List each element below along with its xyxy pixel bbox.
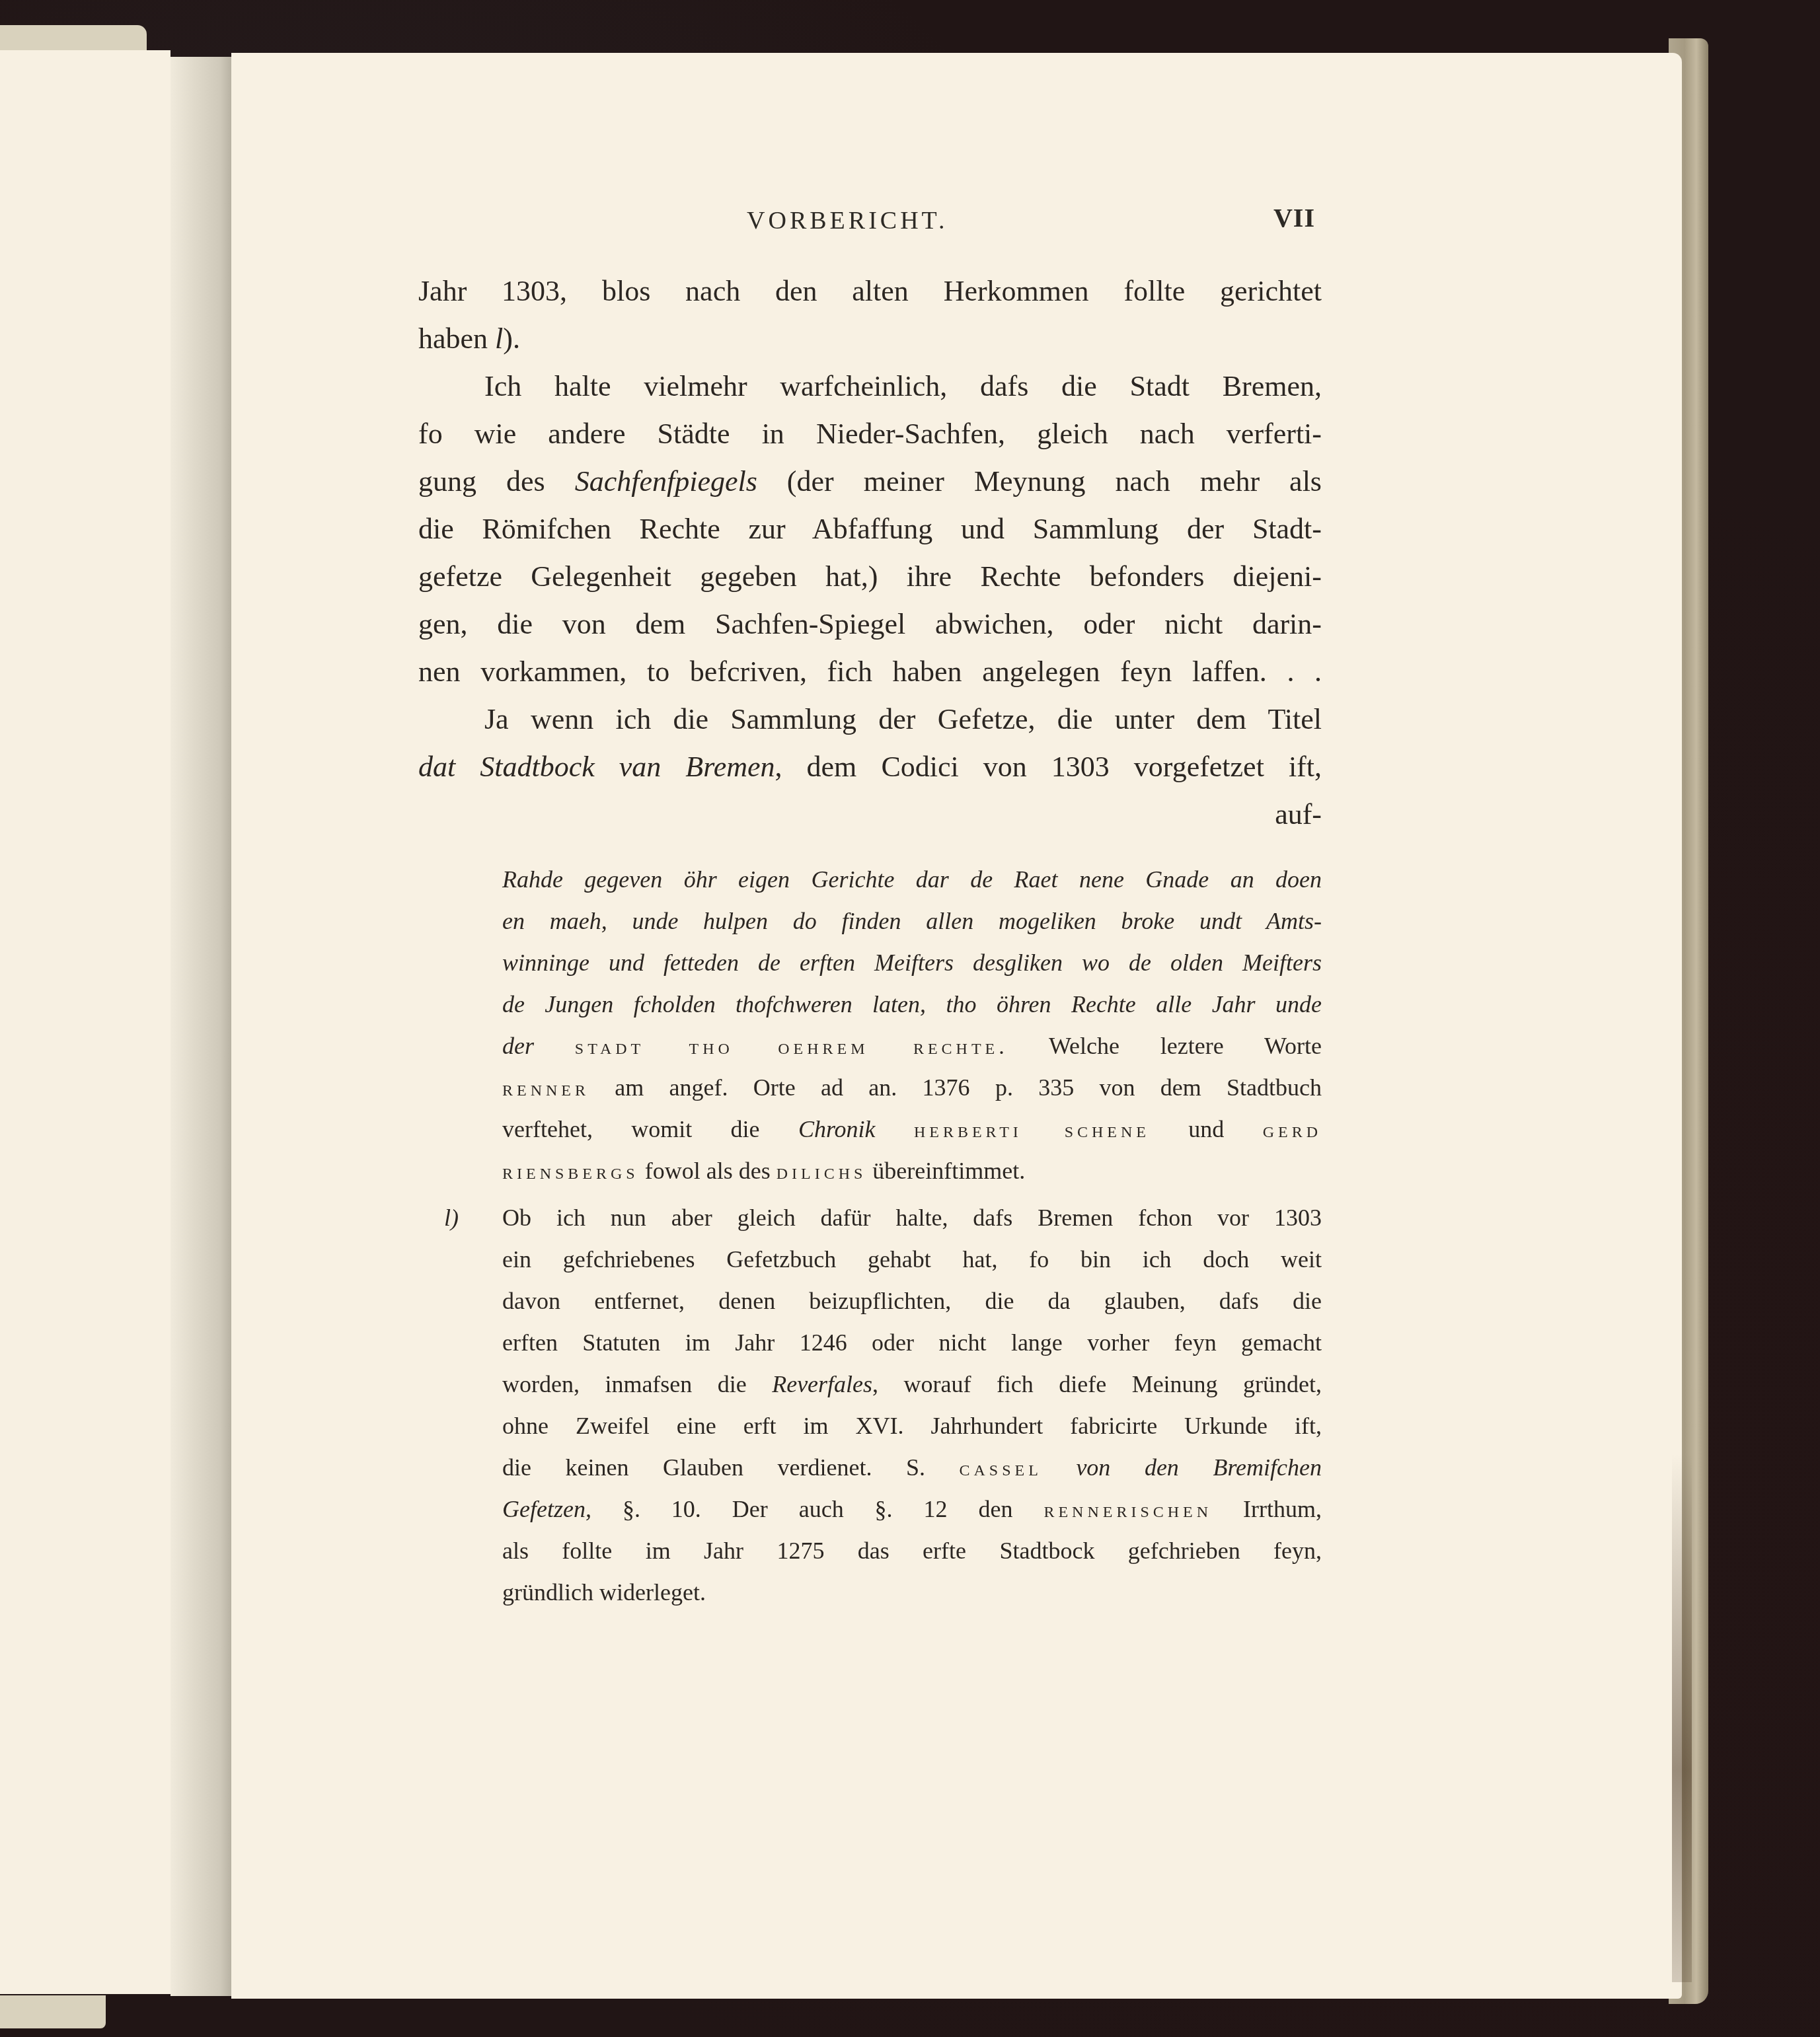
text-line: en maeh, unde hulpen do finden allen mog… — [502, 901, 1322, 942]
italic-run: en maeh, unde hulpen do finden allen mog… — [502, 908, 1322, 934]
smallcaps-run: riensbergs — [502, 1160, 639, 1184]
text-line: der stadt tho oehrem rechte. Welche lezt… — [502, 1025, 1322, 1067]
text-line: de Jungen fcholden thofchweren laten, th… — [502, 984, 1322, 1025]
running-title: VORBERICHT. — [747, 206, 948, 235]
italic-run: Sachfenfpiegels — [575, 465, 757, 498]
text-line: Ich halte vielmehr warfcheinlich, dafs d… — [418, 363, 1322, 410]
text-line: Ob ich nun aber gleich dafür halte, dafs… — [502, 1197, 1322, 1239]
text-line: erften Statuten im Jahr 1246 oder nicht … — [502, 1322, 1322, 1364]
text-run: die keinen Glauben verdienet. S. — [502, 1454, 959, 1481]
italic-run: dat Stadtbock van Bremen — [418, 751, 775, 783]
footnote-continuation-quote: Rahde gegeven öhr eigen Gerichte dar de … — [502, 859, 1322, 1192]
page-number: VII — [1273, 202, 1315, 233]
text-run: Ich halte vielmehr warfcheinlich, dafs d… — [484, 370, 1322, 402]
text-line: verftehet, womit die Chronik herberti sc… — [502, 1109, 1322, 1150]
smallcaps-run: stadt tho oehrem rechte. — [575, 1035, 1008, 1059]
text-run: und — [1150, 1116, 1263, 1142]
text-line: gen, die von dem Sachfen-Spiegel abwiche… — [418, 601, 1322, 648]
text-run: ein gefchriebenes Gefetzbuch gehabt hat,… — [502, 1246, 1322, 1273]
text-line: worden, inmafsen die Reverfales, worauf … — [502, 1364, 1322, 1405]
text-run: , dem Codici von 1303 vorgefetzet ift, — [775, 751, 1322, 783]
italic-run: de Jungen fcholden thofchweren laten, th… — [502, 991, 1322, 1018]
left-page — [0, 50, 171, 1994]
text-run: verftehet, womit die — [502, 1116, 798, 1142]
text-run: ohne Zweifel eine erft im XVI. Jahrhunde… — [502, 1413, 1322, 1439]
italic-run: l — [495, 322, 503, 355]
italic-run: der — [502, 1033, 534, 1059]
text-line: Gefetzen, §. 10. Der auch §. 12 den renn… — [502, 1489, 1322, 1530]
text-run: gen, die von dem Sachfen-Spiegel abwiche… — [418, 608, 1322, 640]
text-run: Ob ich nun aber gleich dafür halte, dafs… — [502, 1204, 1322, 1231]
text-line: Jahr 1303, blos nach den alten Herkommen… — [418, 268, 1322, 315]
text-line: winninge und fetteden de erften Meifters… — [502, 942, 1322, 984]
text-run — [1042, 1454, 1077, 1481]
text-run: worden, inmafsen die — [502, 1371, 772, 1397]
text-line: renner am angef. Orte ad an. 1376 p. 335… — [502, 1067, 1322, 1109]
page-edge-shadow — [1672, 1454, 1692, 1982]
smallcaps-run: rennerischen — [1043, 1498, 1212, 1522]
text-run: nen vorkammen, to befcriven, fich haben … — [418, 655, 1322, 688]
footnote-text: Ob ich nun aber gleich dafür halte, dafs… — [502, 1197, 1322, 1613]
left-cover-board-top — [0, 25, 147, 52]
smallcaps-run: dilichs — [777, 1160, 867, 1184]
text-line: ein gefchriebenes Gefetzbuch gehabt hat,… — [502, 1239, 1322, 1280]
italic-run: winninge und fetteden de erften Meifters… — [502, 949, 1322, 976]
text-line: dat Stadtbock van Bremen, dem Codici von… — [418, 743, 1322, 791]
text-run: die Römifchen Rechte zur Abfaffung und S… — [418, 513, 1322, 545]
smallcaps-run: renner — [502, 1076, 589, 1101]
text-run: Jahr 1303, blos nach den alten Herkommen… — [418, 275, 1322, 307]
running-head: VORBERICHT. VII — [418, 206, 1322, 239]
text-run: (der meiner Meynung nach mehr als — [757, 465, 1322, 498]
text-run: auf- — [1275, 798, 1322, 831]
text-run: gung des — [418, 465, 575, 498]
text-run: gründlich widerleget. — [502, 1579, 706, 1606]
footnote-l: l) Ob ich nun aber gleich dafür halte, d… — [502, 1197, 1322, 1613]
text-run: davon entfernet, denen beizupflichten, d… — [502, 1288, 1322, 1314]
text-run: Irrthum, — [1212, 1496, 1322, 1522]
text-line: Rahde gegeven öhr eigen Gerichte dar de … — [502, 859, 1322, 901]
italic-run: Gefetzen, — [502, 1496, 591, 1522]
text-line: gründlich widerleget. — [502, 1572, 1322, 1613]
italic-run: Chronik — [798, 1116, 876, 1142]
text-line: davon entfernet, denen beizupflichten, d… — [502, 1280, 1322, 1322]
text-run: Welche leztere Worte — [1008, 1033, 1322, 1059]
text-run: haben — [418, 322, 495, 355]
text-line: die keinen Glauben verdienet. S. cassel … — [502, 1447, 1322, 1489]
text-run: am angef. Orte ad an. 1376 p. 335 von de… — [589, 1074, 1322, 1101]
text-run: fo wie andere Städte in Nieder-Sachfen, … — [418, 418, 1322, 450]
italic-run: Rahde gegeven öhr eigen Gerichte dar de … — [502, 866, 1322, 893]
smallcaps-run: gerd — [1263, 1118, 1322, 1142]
text-line: riensbergs fowol als des dilichs überein… — [502, 1150, 1322, 1192]
text-run: gefetze Gelegenheit gegeben hat,) ihre R… — [418, 560, 1322, 593]
book-gutter — [171, 57, 237, 1996]
text-run: fowol als des — [639, 1158, 777, 1184]
text-line: gung des Sachfenfpiegels (der meiner Mey… — [418, 458, 1322, 505]
smallcaps-run: cassel — [959, 1456, 1042, 1481]
smallcaps-run: herberti schene — [914, 1118, 1150, 1142]
text-run: §. 10. Der auch §. 12 den — [591, 1496, 1043, 1522]
text-line: nen vorkammen, to befcriven, fich haben … — [418, 648, 1322, 696]
text-line: auf- — [418, 791, 1322, 838]
text-line: Ja wenn ich die Sammlung der Gefetze, di… — [418, 696, 1322, 743]
left-cover-board-bottom — [0, 1995, 106, 2028]
text-run — [534, 1033, 575, 1059]
main-text: Jahr 1303, blos nach den alten Herkommen… — [418, 268, 1322, 838]
italic-run: Reverfales — [772, 1371, 872, 1397]
text-run — [876, 1116, 914, 1142]
text-run: , worauf fich diefe Meinung gründet, — [872, 1371, 1322, 1397]
text-run: ). — [503, 322, 520, 355]
text-line: als follte im Jahr 1275 das erfte Stadtb… — [502, 1530, 1322, 1572]
text-line: ohne Zweifel eine erft im XVI. Jahrhunde… — [502, 1405, 1322, 1447]
text-line: fo wie andere Städte in Nieder-Sachfen, … — [418, 410, 1322, 458]
text-line: gefetze Gelegenheit gegeben hat,) ihre R… — [418, 553, 1322, 601]
text-run: übereinftimmet. — [866, 1158, 1025, 1184]
italic-run: von den Bremifchen — [1076, 1454, 1322, 1481]
text-line: haben l). — [418, 315, 1322, 363]
text-run: Ja wenn ich die Sammlung der Gefetze, di… — [484, 703, 1322, 735]
footnote-marker: l) — [444, 1197, 459, 1239]
text-run: als follte im Jahr 1275 das erfte Stadtb… — [502, 1537, 1322, 1564]
text-line: die Römifchen Rechte zur Abfaffung und S… — [418, 505, 1322, 553]
text-run: erften Statuten im Jahr 1246 oder nicht … — [502, 1329, 1322, 1356]
